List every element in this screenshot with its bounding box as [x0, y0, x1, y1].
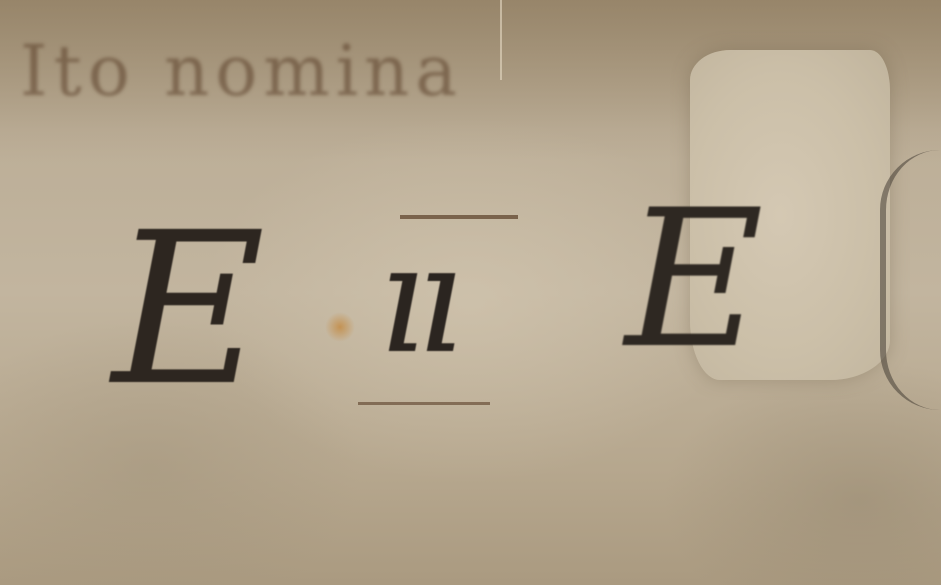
ink-numeral: ıı: [378, 225, 454, 375]
ink-stain-dot: [325, 312, 355, 342]
ink-letter-left: E: [112, 205, 265, 415]
underline-stroke: [358, 402, 490, 405]
parchment-curl-edge: [880, 150, 941, 410]
parchment-crease: [500, 0, 510, 80]
ink-letter-right: E: [625, 185, 764, 375]
parchment-photo: Ito nomina E ıı E: [0, 0, 941, 585]
faded-header-text: Ito nomina: [20, 30, 463, 112]
